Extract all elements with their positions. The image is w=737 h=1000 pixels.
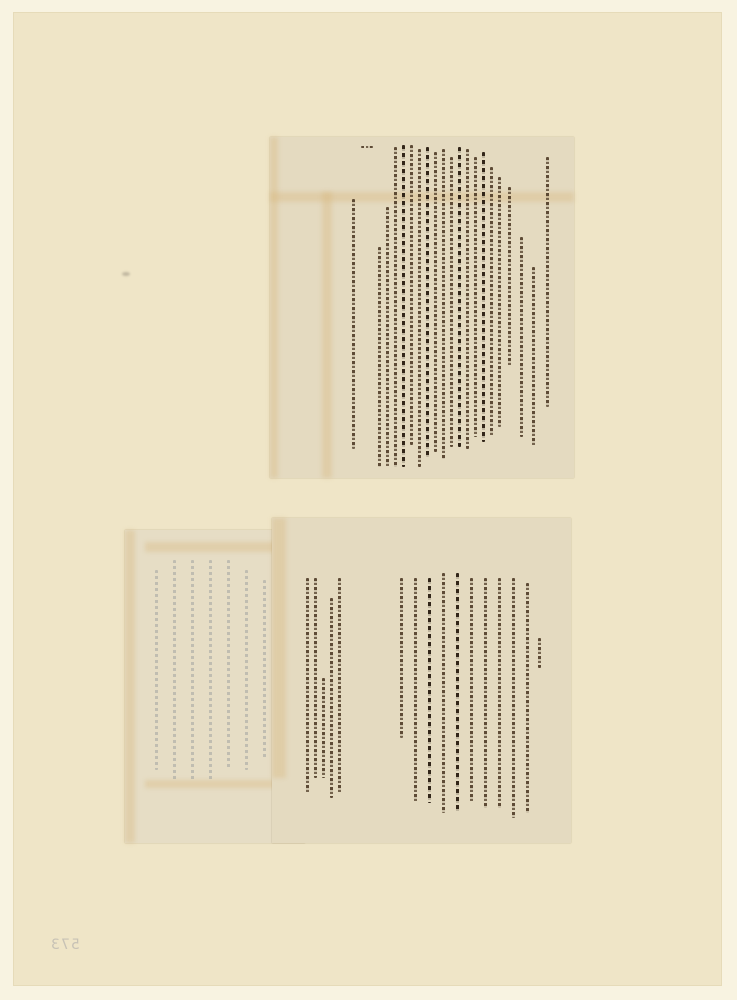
text-line <box>428 578 431 803</box>
text-line <box>474 157 477 437</box>
text-line <box>498 578 501 808</box>
text-line <box>338 578 341 793</box>
edge-stain <box>125 530 135 843</box>
smudge-mark <box>122 272 130 276</box>
bleed-through-line <box>191 560 194 780</box>
text-line <box>470 578 473 803</box>
text-line <box>526 583 529 813</box>
bleed-through-line <box>263 580 266 760</box>
text-line <box>442 149 445 459</box>
text-line <box>418 149 421 467</box>
bleed-through-line <box>227 560 230 770</box>
bleed-through-line <box>245 570 248 770</box>
text-line <box>482 152 485 442</box>
text-line <box>512 578 515 818</box>
text-line <box>402 145 405 467</box>
text-line <box>538 638 541 668</box>
text-line <box>330 598 333 798</box>
text-line <box>508 187 511 367</box>
fold-stain-vertical <box>322 192 332 478</box>
text-line <box>314 578 317 778</box>
text-line <box>426 147 429 457</box>
text-line <box>322 678 325 778</box>
text-line <box>400 578 403 738</box>
text-line <box>532 267 535 447</box>
text-line <box>410 145 413 445</box>
text-line <box>546 157 549 407</box>
text-line <box>434 152 437 452</box>
bleed-through-line <box>155 570 158 770</box>
text-line <box>456 573 459 813</box>
lower-manuscript-right-piece <box>272 518 571 843</box>
upper-manuscript <box>270 137 574 478</box>
text-line <box>484 578 487 808</box>
text-line <box>520 237 523 437</box>
text-line <box>458 147 461 447</box>
text-line <box>394 147 397 467</box>
page-number: 573 <box>50 937 80 953</box>
text-line <box>361 146 373 148</box>
bleed-through-line <box>173 560 176 780</box>
text-line <box>378 247 381 467</box>
text-line <box>414 578 417 803</box>
text-line <box>490 167 493 437</box>
fold-stain-horizontal <box>270 192 574 202</box>
edge-stain <box>270 137 278 478</box>
edge-stain <box>272 518 286 778</box>
text-line <box>466 149 469 449</box>
text-line <box>386 207 389 467</box>
text-line <box>306 578 309 793</box>
text-line <box>450 157 453 447</box>
text-line <box>352 199 355 449</box>
text-line <box>498 177 501 427</box>
bleed-through-line <box>209 560 212 780</box>
text-line <box>442 573 445 813</box>
